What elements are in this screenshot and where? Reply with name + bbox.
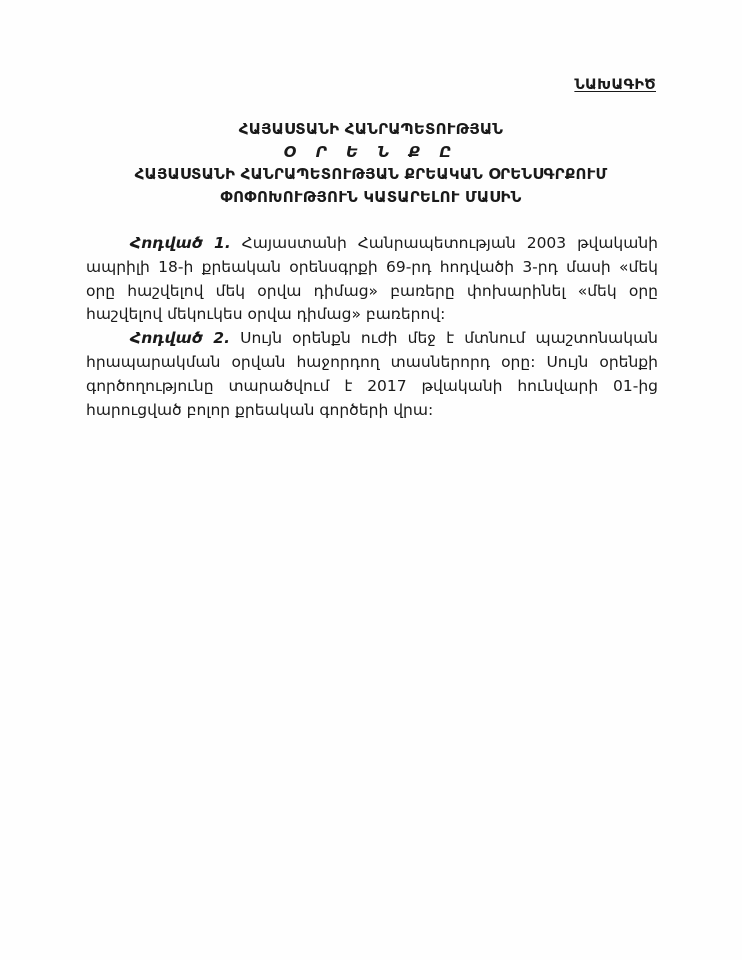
draft-label: ՆԱԽԱԳԻԾ (574, 77, 656, 93)
article-1-label: Հոդված 1. (130, 234, 231, 252)
article-2-label: Հոդված 2. (130, 329, 230, 347)
title-subject-line-2: ՓՈՓՈԽՈՒԹՅՈՒՆ ԿԱՏԱՐԵԼՈՒ ՄԱՍԻՆ (0, 186, 742, 209)
article-1: Հոդված 1. Հայաստանի Հանրապետության 2003 … (86, 232, 658, 327)
article-2: Հոդված 2. Սույն օրենքն ուժի մեջ է մտնում… (86, 327, 658, 422)
title-law: Օ Ր Ե Ն Ք Ը (0, 141, 742, 164)
title-subject-line-1: ՀԱՅԱՍՏԱՆԻ ՀԱՆՐԱՊԵՏՈՒԹՅԱՆ ՔՐԵԱԿԱՆ ՕՐԵՆՍԳՐ… (0, 163, 742, 186)
law-body: Հոդված 1. Հայաստանի Հանրապետության 2003 … (86, 232, 658, 422)
document-page: ՆԱԽԱԳԻԾ ՀԱՅԱՍՏԱՆԻ ՀԱՆՐԱՊԵՏՈՒԹՅԱՆ Օ Ր Ե Ն… (0, 0, 742, 960)
title-republic: ՀԱՅԱՍՏԱՆԻ ՀԱՆՐԱՊԵՏՈՒԹՅԱՆ (0, 118, 742, 141)
law-title-block: ՀԱՅԱՍՏԱՆԻ ՀԱՆՐԱՊԵՏՈՒԹՅԱՆ Օ Ր Ե Ն Ք Ը ՀԱՅ… (0, 118, 742, 208)
